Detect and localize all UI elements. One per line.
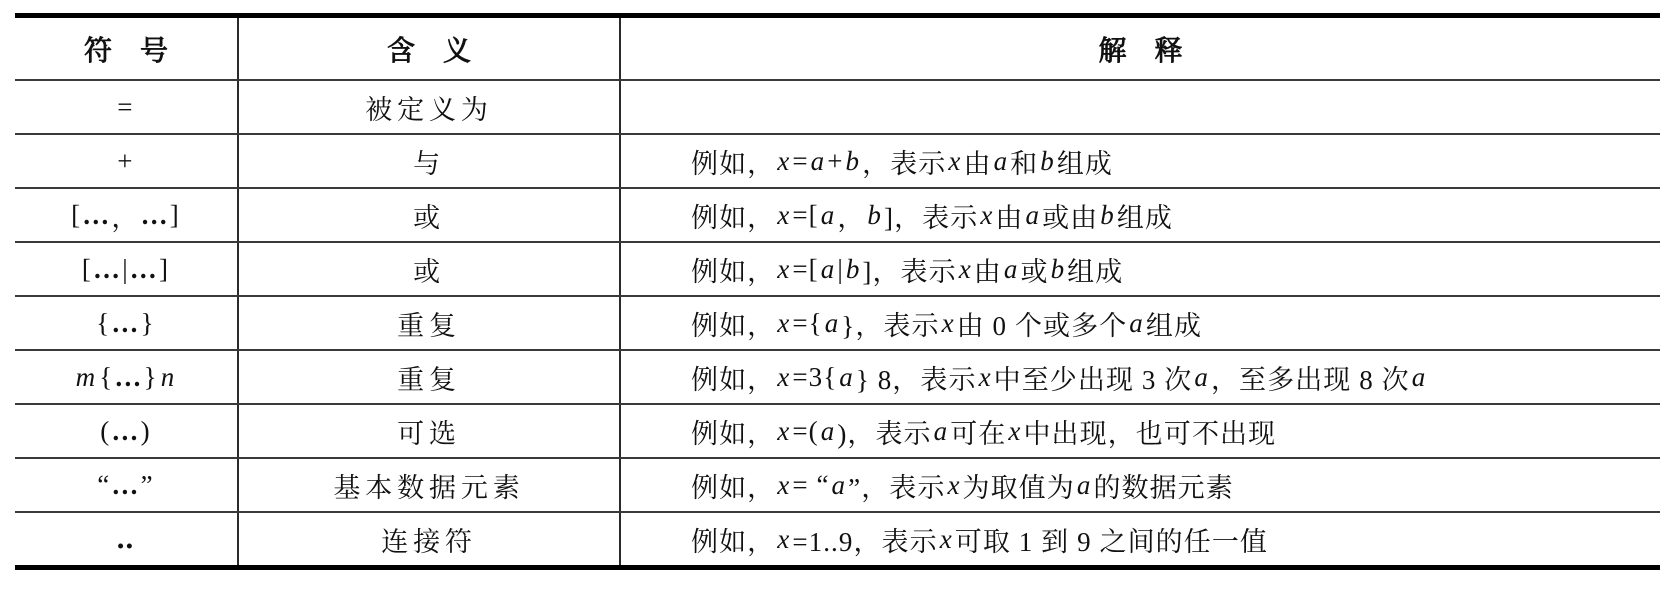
table-row: = 被定义为 <box>15 79 1660 133</box>
explanation-cell: 例如，x=(a)，表示 a 可在 x 中出现，也可不出现 <box>621 405 1660 457</box>
table-row: + 与 例如，x=a+b，表示 x 由 a 和 b 组成 <box>15 133 1660 187</box>
symbol-cell: (…) <box>15 405 239 457</box>
symbol-cell: [… | …] <box>15 243 239 295</box>
symbol-cell: = <box>15 81 239 133</box>
symbol-cell: m {…} n <box>15 351 239 403</box>
symbol-cell: + <box>15 135 239 187</box>
explanation-cell <box>621 81 1660 133</box>
meaning-cell: 重复 <box>239 297 621 349</box>
explanation-cell: 例如，x=a+b，表示 x 由 a 和 b 组成 <box>621 135 1660 187</box>
table-row: ‥ 连接符 例如，x=1..9，表示 x 可取 1 到 9 之间的任一值 <box>15 511 1660 565</box>
table-row: m {…} n 重复 例如，x=3{a} 8，表示 x 中至少出现 3 次 a，… <box>15 349 1660 403</box>
meaning-cell: 可选 <box>239 405 621 457</box>
table-row: (…) 可选 例如，x=(a)，表示 a 可在 x 中出现，也可不出现 <box>15 403 1660 457</box>
table-header-row: 符 号 含 义 解 释 <box>15 18 1660 79</box>
symbol-cell: “…” <box>15 459 239 511</box>
meaning-cell: 重复 <box>239 351 621 403</box>
header-explanation: 解 释 <box>621 18 1660 79</box>
table-row: {…} 重复 例如，x={a}，表示 x 由 0 个或多个 a 组成 <box>15 295 1660 349</box>
meaning-cell: 与 <box>239 135 621 187</box>
symbol-cell: ‥ <box>15 513 239 565</box>
explanation-cell: 例如，x= “a”，表示 x 为取值为 a 的数据元素 <box>621 459 1660 511</box>
explanation-cell: 例如，x=[a | b]，表示 x 由 a 或 b 组成 <box>621 243 1660 295</box>
symbol-cell: {…} <box>15 297 239 349</box>
header-symbol: 符 号 <box>15 18 239 79</box>
symbol-cell: […， …] <box>15 189 239 241</box>
meaning-cell: 被定义为 <box>239 81 621 133</box>
meaning-cell: 基本数据元素 <box>239 459 621 511</box>
meaning-cell: 或 <box>239 243 621 295</box>
explanation-cell: 例如，x=3{a} 8，表示 x 中至少出现 3 次 a，至多出现 8 次 a <box>621 351 1660 403</box>
page: 符 号 含 义 解 释 = 被定义为 + 与 例如，x=a+b，表示 x 由 a… <box>0 0 1676 570</box>
table-row: [… | …] 或 例如，x=[a | b]，表示 x 由 a 或 b 组成 <box>15 241 1660 295</box>
explanation-cell: 例如，x=[a，b]，表示 x 由 a 或由 b 组成 <box>621 189 1660 241</box>
explanation-cell: 例如，x=1..9，表示 x 可取 1 到 9 之间的任一值 <box>621 513 1660 565</box>
meaning-cell: 连接符 <box>239 513 621 565</box>
header-meaning: 含 义 <box>239 18 621 79</box>
table-row: “…” 基本数据元素 例如，x= “a”，表示 x 为取值为 a 的数据元素 <box>15 457 1660 511</box>
meaning-cell: 或 <box>239 189 621 241</box>
table-row: […， …] 或 例如，x=[a，b]，表示 x 由 a 或由 b 组成 <box>15 187 1660 241</box>
symbol-notation-table: 符 号 含 义 解 释 = 被定义为 + 与 例如，x=a+b，表示 x 由 a… <box>15 13 1660 570</box>
explanation-cell: 例如，x={a}，表示 x 由 0 个或多个 a 组成 <box>621 297 1660 349</box>
